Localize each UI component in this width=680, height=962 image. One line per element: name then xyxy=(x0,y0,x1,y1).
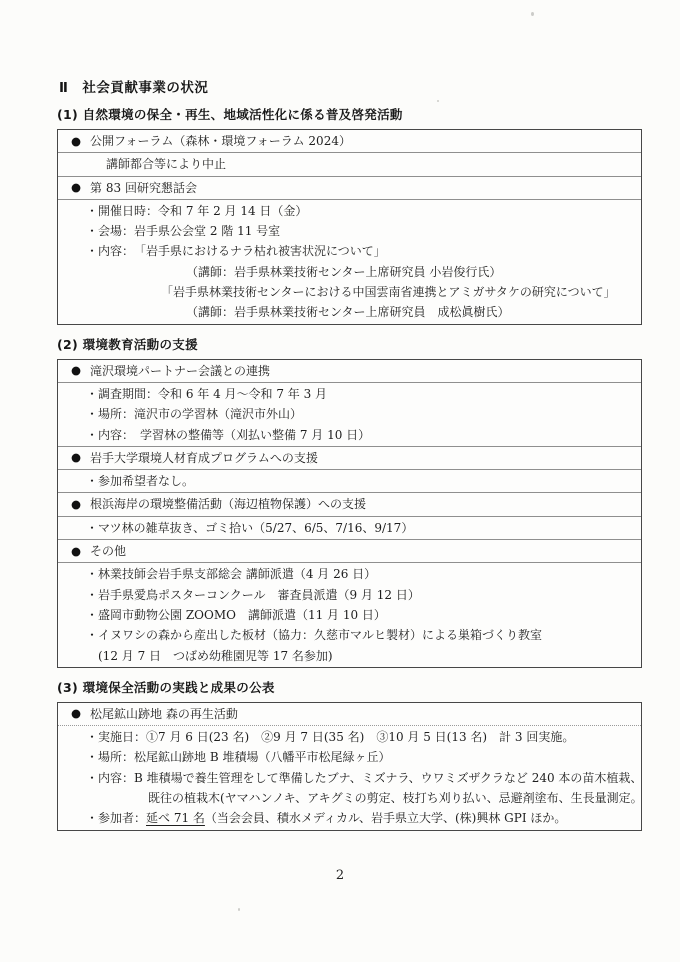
table-header-row: ●その他 xyxy=(58,539,641,562)
page-number: 2 xyxy=(0,868,680,883)
table-header-row: ●岩手大学環境人材育成プログラムへの支援 xyxy=(58,446,641,469)
table-text-line: 「岩手県林業技術センターにおける中国雲南省連携とアミガサタケの研究について」 xyxy=(58,282,637,302)
section-heading: (1) 自然環境の保全・再生、地域活性化に係る普及啓発活動 xyxy=(57,105,642,123)
doc-title: Ⅱ 社会貢献事業の状況 xyxy=(59,76,642,96)
table-text-line: ・マツ林の雑草抜き、ゴミ拾い（5/27、6/5、7/16、9/17） xyxy=(58,518,637,538)
table-header-label: 松尾鉱山跡地 森の再生活動 xyxy=(90,707,238,721)
scan-speck xyxy=(238,908,240,911)
section-heading: (2) 環境教育活動の支援 xyxy=(57,335,642,353)
table-text-line: ・岩手県愛鳥ポスターコンクール 審査員派遣（9 月 12 日） xyxy=(58,585,637,605)
document-content: Ⅱ 社会貢献事業の状況 (1) 自然環境の保全・再生、地域活性化に係る普及啓発活… xyxy=(57,76,642,841)
text-part: ・参加者： xyxy=(86,811,146,825)
table-text-line: ・イヌワシの森から産出した板材（協力：久慈市マルヒ製材）による巣箱づくり教室 xyxy=(58,625,637,645)
bullet-icon: ● xyxy=(71,134,81,148)
text-part: （当会会員、積水メディカル、岩手県立大学、(株)興林 GPI ほか。 xyxy=(205,811,566,825)
table-text-line: （講師：岩手県林業技術センター上席研究員 小岩俊行氏） xyxy=(58,262,637,282)
table-header-label: 岩手大学環境人材育成プログラムへの支援 xyxy=(90,451,318,465)
table-text-line: ・林業技師会岩手県支部総会 講師派遣（4 月 26 日） xyxy=(58,564,637,584)
section-heading: (3) 環境保全活動の実践と成果の公表 xyxy=(57,678,642,696)
scan-speck xyxy=(531,12,534,16)
bullet-icon: ● xyxy=(71,180,81,194)
table-content-row: ・参加希望者なし。 xyxy=(58,469,641,492)
scan-speck xyxy=(437,100,439,102)
table-text-line: ・内容： 学習林の整備等（刈払い整備 7 月 10 日） xyxy=(58,425,637,445)
table-header-label: 滝沢環境パートナー会議との連携 xyxy=(90,364,270,378)
table-content-row: ・実施日：①7 月 6 日(23 名) ②9 月 7 日(35 名) ③10 月… xyxy=(58,725,641,829)
table-header-label: その他 xyxy=(90,544,126,558)
table-content-row: ・林業技師会岩手県支部総会 講師派遣（4 月 26 日）・岩手県愛鳥ポスターコン… xyxy=(58,562,641,666)
activity-table: ●公開フォーラム（森林・環境フォーラム 2024）講師都合等により中止●第 83… xyxy=(57,129,642,325)
table-header-row: ●公開フォーラム（森林・環境フォーラム 2024） xyxy=(58,130,641,152)
table-text-line: ・内容：B 堆積場で養生管理をして準備したブナ、ミズナラ、ウワミズザクラなど 2… xyxy=(58,768,637,788)
table-content-row: ・調査期間：令和 6 年 4 月～令和 7 年 3 月・場所：滝沢市の学習林（滝… xyxy=(58,382,641,446)
table-text-line: ・参加希望者なし。 xyxy=(58,471,637,491)
table-text-line: ・会場：岩手県公会堂 2 階 11 号室 xyxy=(58,221,637,241)
bullet-icon: ● xyxy=(71,706,81,720)
table-text-line: 講師都合等により中止 xyxy=(58,154,637,174)
table-header-row: ●第 83 回研究懇話会 xyxy=(58,176,641,199)
table-text-line: ・盛岡市動物公園 ZOOMO 講師派遣（11 月 10 日） xyxy=(58,605,637,625)
table-text-line: ・場所：松尾鉱山跡地 B 堆積場（八幡平市松尾緑ヶ丘） xyxy=(58,747,637,767)
bullet-icon: ● xyxy=(71,450,81,464)
document-sections: (1) 自然環境の保全・再生、地域活性化に係る普及啓発活動●公開フォーラム（森林… xyxy=(57,105,642,831)
table-text-line: （講師：岩手県林業技術センター上席研究員 成松眞樹氏） xyxy=(58,302,637,322)
table-text-line: ・内容： 「岩手県におけるナラ枯れ被害状況について」 xyxy=(58,241,637,261)
activity-table: ●滝沢環境パートナー会議との連携・調査期間：令和 6 年 4 月～令和 7 年 … xyxy=(57,359,642,668)
bullet-icon: ● xyxy=(71,497,81,511)
table-header-row: ●根浜海岸の環境整備活動（海辺植物保護）への支援 xyxy=(58,492,641,515)
table-content-row: ・マツ林の雑草抜き、ゴミ拾い（5/27、6/5、7/16、9/17） xyxy=(58,516,641,539)
table-header-label: 第 83 回研究懇話会 xyxy=(90,181,197,195)
activity-table: ●松尾鉱山跡地 森の再生活動・実施日：①7 月 6 日(23 名) ②9 月 7… xyxy=(57,702,642,831)
bullet-icon: ● xyxy=(71,363,81,377)
table-header-label: 根浜海岸の環境整備活動（海辺植物保護）への支援 xyxy=(90,497,366,511)
table-text-line: ・参加者：延べ 71 名（当会会員、積水メディカル、岩手県立大学、(株)興林 G… xyxy=(58,808,637,828)
table-text-line: (12 月 7 日 つばめ幼稚園児等 17 名参加) xyxy=(58,646,637,666)
table-text-line: ・開催日時：令和 7 年 2 月 14 日（金） xyxy=(58,201,637,221)
table-text-line: ・実施日：①7 月 6 日(23 名) ②9 月 7 日(35 名) ③10 月… xyxy=(58,727,637,747)
table-header-row: ●滝沢環境パートナー会議との連携 xyxy=(58,360,641,382)
scanned-document-page: Ⅱ 社会貢献事業の状況 (1) 自然環境の保全・再生、地域活性化に係る普及啓発活… xyxy=(0,0,680,962)
table-text-line: 既往の植栽木(ヤマハンノキ、アキグミの剪定、枝打ち刈り払い、忌避剤塗布、生長量測… xyxy=(58,788,637,808)
table-header-row: ●松尾鉱山跡地 森の再生活動 xyxy=(58,703,641,725)
table-text-line: ・調査期間：令和 6 年 4 月～令和 7 年 3 月 xyxy=(58,384,637,404)
table-header-label: 公開フォーラム（森林・環境フォーラム 2024） xyxy=(90,134,351,148)
underlined-participant-count: 延べ 71 名 xyxy=(146,811,205,825)
bullet-icon: ● xyxy=(71,544,81,558)
table-content-row: 講師都合等により中止 xyxy=(58,152,641,175)
table-content-row: ・開催日時：令和 7 年 2 月 14 日（金）・会場：岩手県公会堂 2 階 1… xyxy=(58,199,641,324)
table-text-line: ・場所：滝沢市の学習林（滝沢市外山） xyxy=(58,404,637,424)
